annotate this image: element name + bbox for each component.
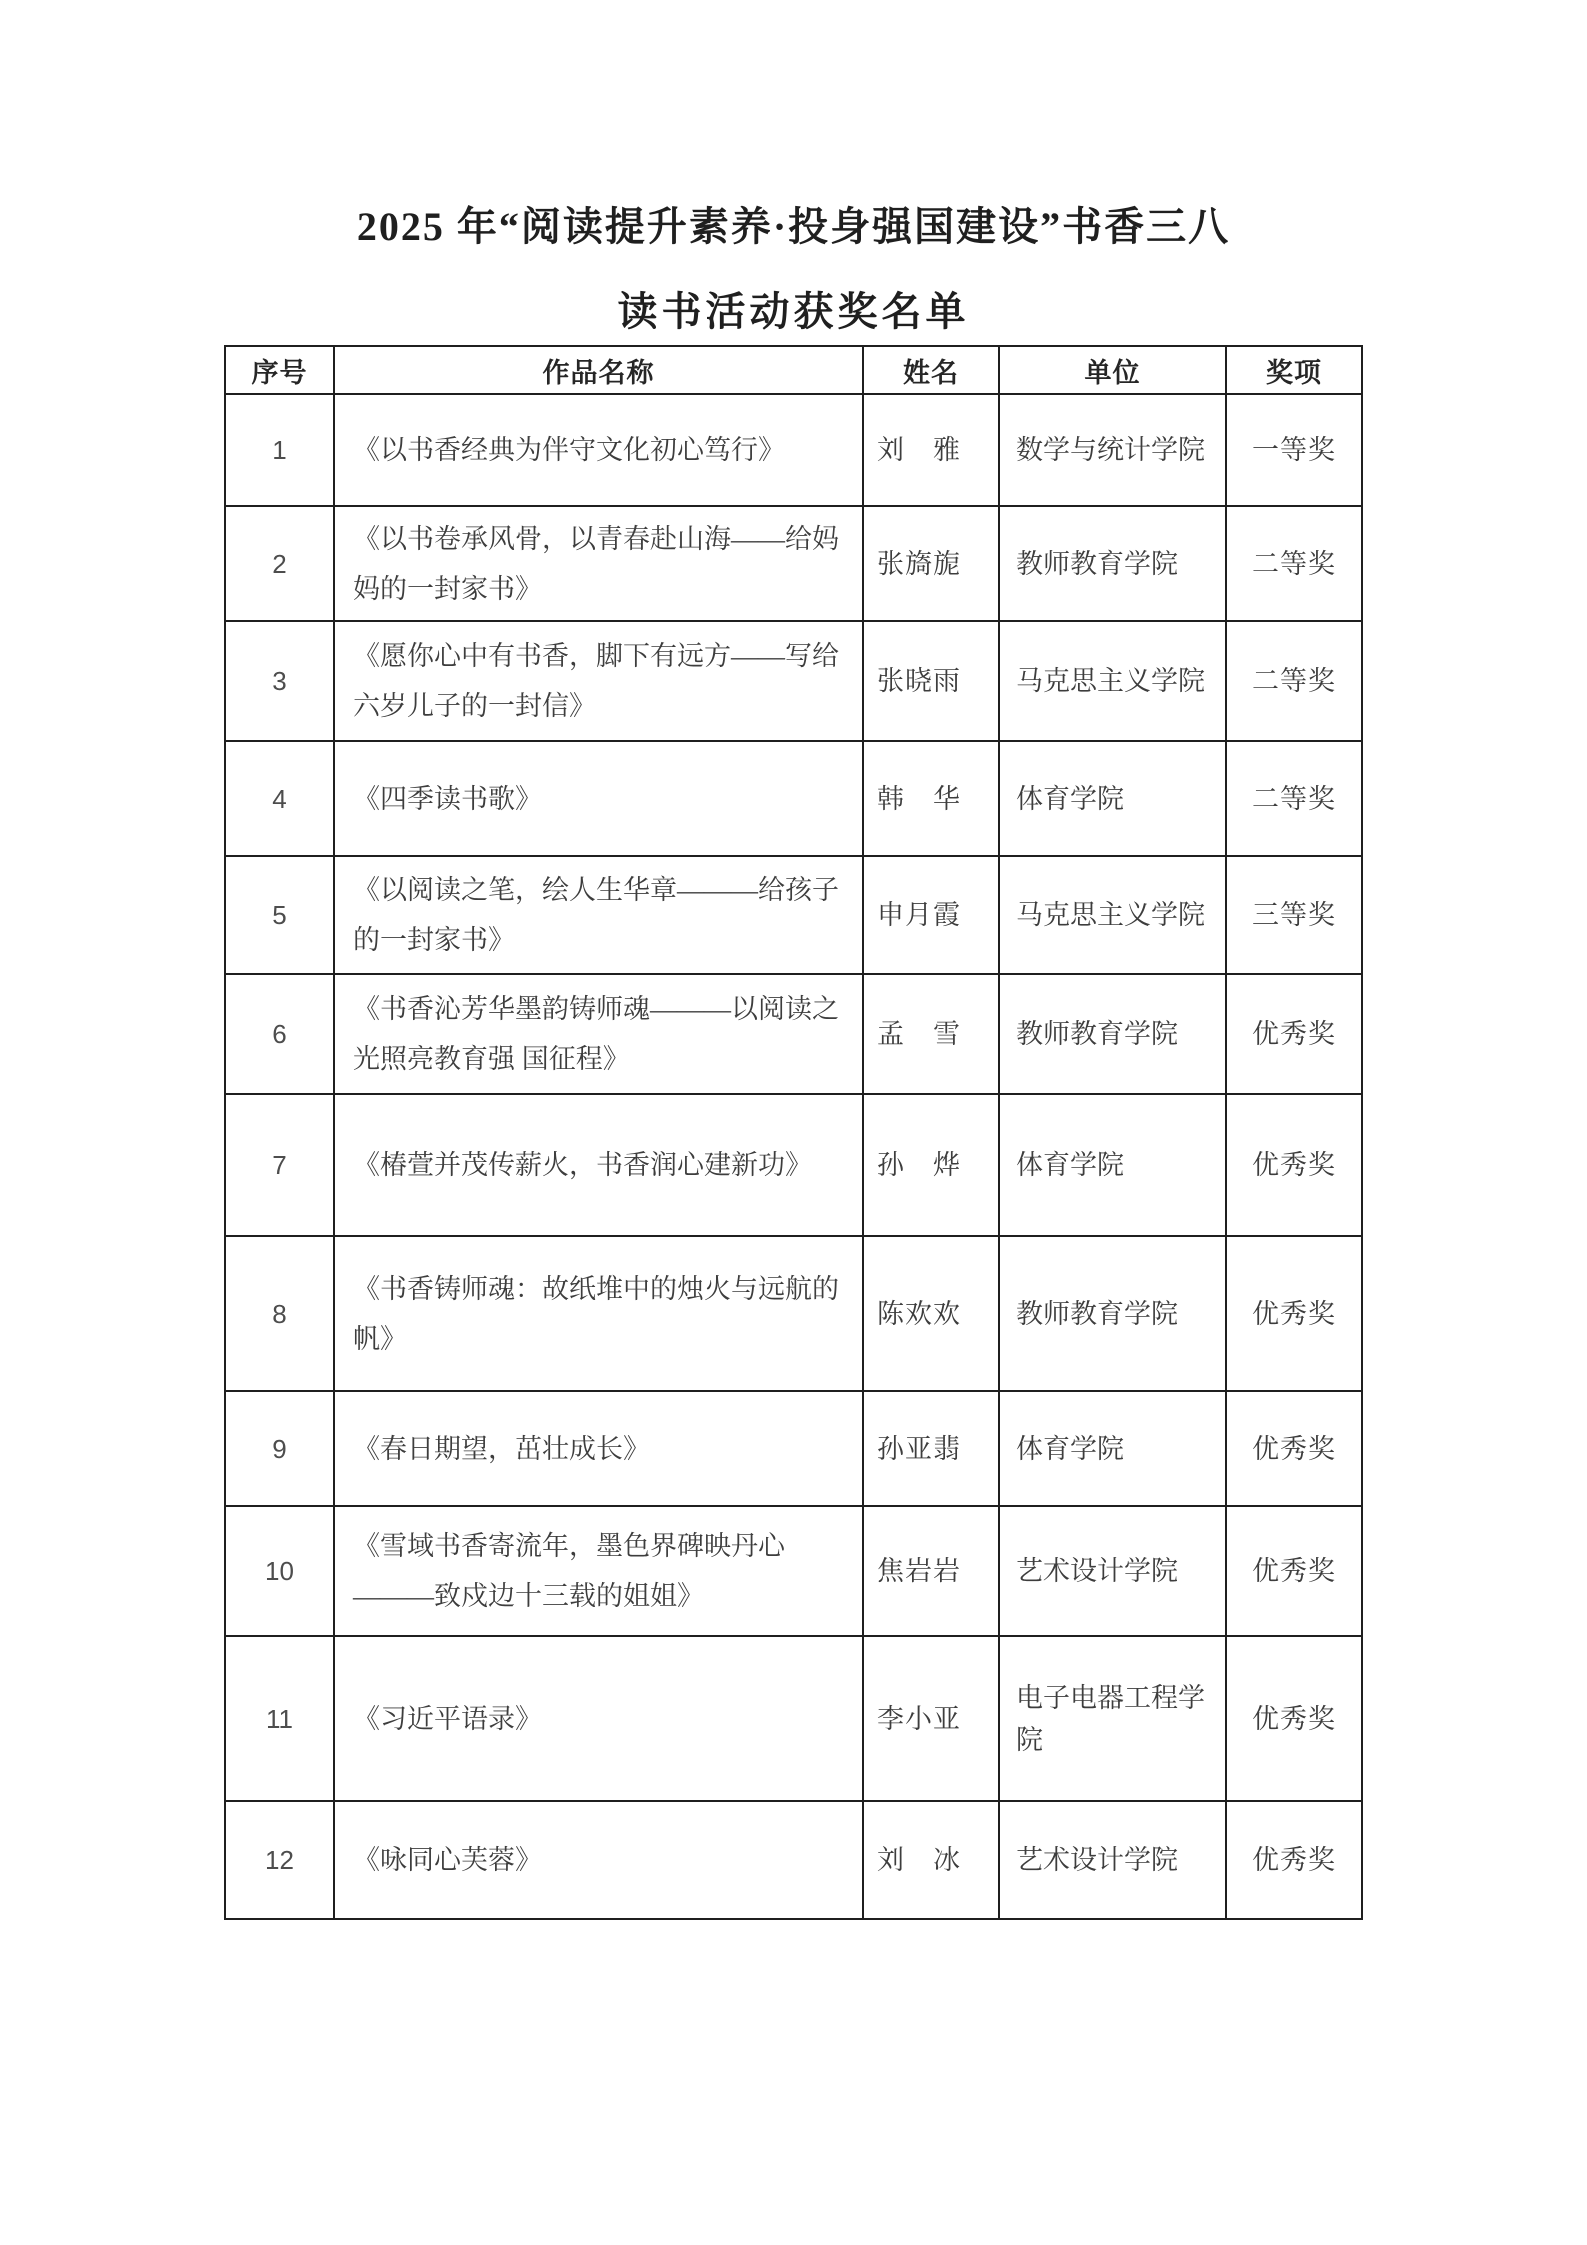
cell-name: 张旖旎 (863, 506, 999, 621)
header-unit: 单位 (999, 346, 1226, 394)
cell-award: 优秀奖 (1226, 974, 1362, 1094)
cell-unit: 体育学院 (999, 1391, 1226, 1506)
cell-award: 优秀奖 (1226, 1391, 1362, 1506)
cell-unit: 马克思主义学院 (999, 856, 1226, 974)
cell-unit: 体育学院 (999, 1094, 1226, 1236)
cell-no: 12 (225, 1801, 334, 1919)
cell-award: 二等奖 (1226, 741, 1362, 856)
awards-table-body: 1《以书香经典为伴守文化初心笃行》刘 雅数学与统计学院一等奖2《以书卷承风骨，以… (225, 394, 1362, 1919)
cell-award: 一等奖 (1226, 394, 1362, 506)
cell-unit: 马克思主义学院 (999, 621, 1226, 741)
header-award: 奖项 (1226, 346, 1362, 394)
cell-no: 4 (225, 741, 334, 856)
table-row: 9《春日期望，茁壮成长》孙亚翡体育学院优秀奖 (225, 1391, 1362, 1506)
cell-title: 《书香铸师魂：故纸堆中的烛火与远航的帆》 (334, 1236, 863, 1391)
cell-title: 《四季读书歌》 (334, 741, 863, 856)
document-page: 2025 年“阅读提升素养·投身强国建设”书香三八 读书活动获奖名单 序号 作品… (0, 0, 1587, 2245)
cell-title: 《春日期望，茁壮成长》 (334, 1391, 863, 1506)
cell-award: 二等奖 (1226, 506, 1362, 621)
cell-name: 刘 冰 (863, 1801, 999, 1919)
document-title-line1: 2025 年“阅读提升素养·投身强国建设”书香三八 (0, 207, 1587, 247)
cell-name: 申月霞 (863, 856, 999, 974)
cell-no: 9 (225, 1391, 334, 1506)
cell-title: 《愿你心中有书香，脚下有远方——写给六岁儿子的一封信》 (334, 621, 863, 741)
cell-unit: 电子电器工程学院 (999, 1636, 1226, 1801)
cell-unit: 艺术设计学院 (999, 1506, 1226, 1636)
header-work-title: 作品名称 (334, 346, 863, 394)
cell-name: 焦岩岩 (863, 1506, 999, 1636)
cell-no: 11 (225, 1636, 334, 1801)
cell-unit: 数学与统计学院 (999, 394, 1226, 506)
table-row: 6《书香沁芳华墨韵铸师魂———以阅读之光照亮教育强 国征程》孟 雪教师教育学院优… (225, 974, 1362, 1094)
cell-no: 8 (225, 1236, 334, 1391)
table-row: 12《咏同心芙蓉》刘 冰艺术设计学院优秀奖 (225, 1801, 1362, 1919)
cell-title: 《以书香经典为伴守文化初心笃行》 (334, 394, 863, 506)
cell-no: 3 (225, 621, 334, 741)
cell-name: 韩 华 (863, 741, 999, 856)
cell-unit: 艺术设计学院 (999, 1801, 1226, 1919)
cell-award: 二等奖 (1226, 621, 1362, 741)
cell-title: 《椿萱并茂传薪火，书香润心建新功》 (334, 1094, 863, 1236)
awards-table: 序号 作品名称 姓名 单位 奖项 1《以书香经典为伴守文化初心笃行》刘 雅数学与… (224, 345, 1363, 1920)
table-row: 10《雪域书香寄流年，墨色界碑映丹心———致戍边十三载的姐姐》焦岩岩艺术设计学院… (225, 1506, 1362, 1636)
cell-title: 《书香沁芳华墨韵铸师魂———以阅读之光照亮教育强 国征程》 (334, 974, 863, 1094)
cell-name: 孙亚翡 (863, 1391, 999, 1506)
cell-unit: 教师教育学院 (999, 506, 1226, 621)
table-row: 2《以书卷承风骨，以青春赴山海——给妈妈的一封家书》张旖旎教师教育学院二等奖 (225, 506, 1362, 621)
table-row: 4《四季读书歌》韩 华体育学院二等奖 (225, 741, 1362, 856)
cell-no: 5 (225, 856, 334, 974)
table-row: 11《习近平语录》李小亚电子电器工程学院优秀奖 (225, 1636, 1362, 1801)
cell-award: 优秀奖 (1226, 1801, 1362, 1919)
header-name: 姓名 (863, 346, 999, 394)
cell-name: 孟 雪 (863, 974, 999, 1094)
cell-title: 《咏同心芙蓉》 (334, 1801, 863, 1919)
cell-name: 刘 雅 (863, 394, 999, 506)
cell-no: 6 (225, 974, 334, 1094)
cell-name: 张晓雨 (863, 621, 999, 741)
table-header-row: 序号 作品名称 姓名 单位 奖项 (225, 346, 1362, 394)
cell-no: 2 (225, 506, 334, 621)
cell-title: 《以阅读之笔，绘人生华章———给孩子的一封家书》 (334, 856, 863, 974)
table-row: 7《椿萱并茂传薪火，书香润心建新功》孙 烨体育学院优秀奖 (225, 1094, 1362, 1236)
cell-award: 优秀奖 (1226, 1506, 1362, 1636)
cell-no: 1 (225, 394, 334, 506)
table-row: 1《以书香经典为伴守文化初心笃行》刘 雅数学与统计学院一等奖 (225, 394, 1362, 506)
cell-award: 三等奖 (1226, 856, 1362, 974)
header-serial-number: 序号 (225, 346, 334, 394)
cell-title: 《以书卷承风骨，以青春赴山海——给妈妈的一封家书》 (334, 506, 863, 621)
table-row: 5《以阅读之笔，绘人生华章———给孩子的一封家书》申月霞马克思主义学院三等奖 (225, 856, 1362, 974)
document-title-block: 2025 年“阅读提升素养·投身强国建设”书香三八 读书活动获奖名单 (0, 0, 1587, 332)
cell-no: 10 (225, 1506, 334, 1636)
cell-unit: 教师教育学院 (999, 974, 1226, 1094)
cell-unit: 体育学院 (999, 741, 1226, 856)
cell-name: 陈欢欢 (863, 1236, 999, 1391)
table-row: 3《愿你心中有书香，脚下有远方——写给六岁儿子的一封信》张晓雨马克思主义学院二等… (225, 621, 1362, 741)
cell-unit: 教师教育学院 (999, 1236, 1226, 1391)
cell-award: 优秀奖 (1226, 1094, 1362, 1236)
cell-name: 孙 烨 (863, 1094, 999, 1236)
table-row: 8《书香铸师魂：故纸堆中的烛火与远航的帆》陈欢欢教师教育学院优秀奖 (225, 1236, 1362, 1391)
cell-no: 7 (225, 1094, 334, 1236)
cell-name: 李小亚 (863, 1636, 999, 1801)
cell-award: 优秀奖 (1226, 1636, 1362, 1801)
cell-title: 《习近平语录》 (334, 1636, 863, 1801)
document-title-line2: 读书活动获奖名单 (0, 292, 1587, 332)
cell-title: 《雪域书香寄流年，墨色界碑映丹心———致戍边十三载的姐姐》 (334, 1506, 863, 1636)
cell-award: 优秀奖 (1226, 1236, 1362, 1391)
